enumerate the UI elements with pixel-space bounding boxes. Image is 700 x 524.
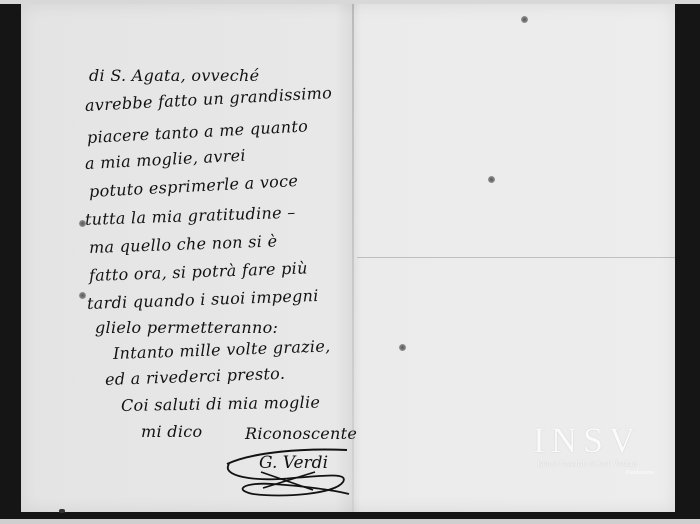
watermark-foundation: Fondazione	[512, 469, 662, 477]
handwritten-line: glielo permetteranno:	[95, 318, 278, 337]
svg-text:G. Verdi: G. Verdi	[259, 453, 328, 473]
punch-hole-mark	[79, 220, 86, 227]
handwritten-line: Riconoscente	[245, 424, 357, 443]
handwritten-line: tardi quando i suoi impegni	[87, 286, 319, 313]
handwritten-line: tutta la mia gratitudine –	[85, 203, 296, 229]
spot-mark	[399, 344, 406, 351]
bottom-edge	[0, 519, 700, 524]
letter-sheet: di S. Agata, ovveché avrebbe fatto un gr…	[21, 4, 675, 512]
handwritten-line: fatto ora, si potrà fare più	[89, 258, 308, 285]
spot-mark	[521, 16, 528, 23]
spot-mark	[488, 176, 495, 183]
watermark-institute-name: Istituto Nazionale di Studi Verdiani	[512, 460, 662, 469]
watermark-logo: INSV	[512, 420, 662, 460]
punch-hole-mark	[79, 292, 86, 299]
handwritten-line: avrebbe fatto un grandissimo	[85, 83, 333, 115]
handwritten-line: Intanto mille volte grazie,	[113, 336, 331, 363]
handwritten-line: mi dico	[141, 422, 202, 441]
signature: G. Verdi	[223, 442, 353, 500]
handwritten-line: potuto esprimerle a voce	[89, 171, 299, 201]
left-page: di S. Agata, ovveché avrebbe fatto un gr…	[21, 4, 351, 512]
handwritten-line: piacere tanto a me quanto	[87, 116, 309, 147]
handwritten-line: a mia moglie, avrei	[85, 146, 247, 173]
handwritten-line: ed a rivederci presto.	[105, 364, 286, 389]
handwritten-line: ma quello che non si è	[89, 231, 278, 257]
document-photo: di S. Agata, ovveché avrebbe fatto un gr…	[0, 0, 700, 524]
corner-mark	[59, 509, 65, 513]
handwritten-line: di S. Agata, ovveché	[89, 66, 259, 85]
insv-watermark: INSV Istituto Nazionale di Studi Verdian…	[512, 420, 662, 490]
handwritten-line: Coi saluti di mia moglie	[121, 393, 321, 415]
signature-flourish-icon: G. Verdi	[223, 442, 353, 500]
